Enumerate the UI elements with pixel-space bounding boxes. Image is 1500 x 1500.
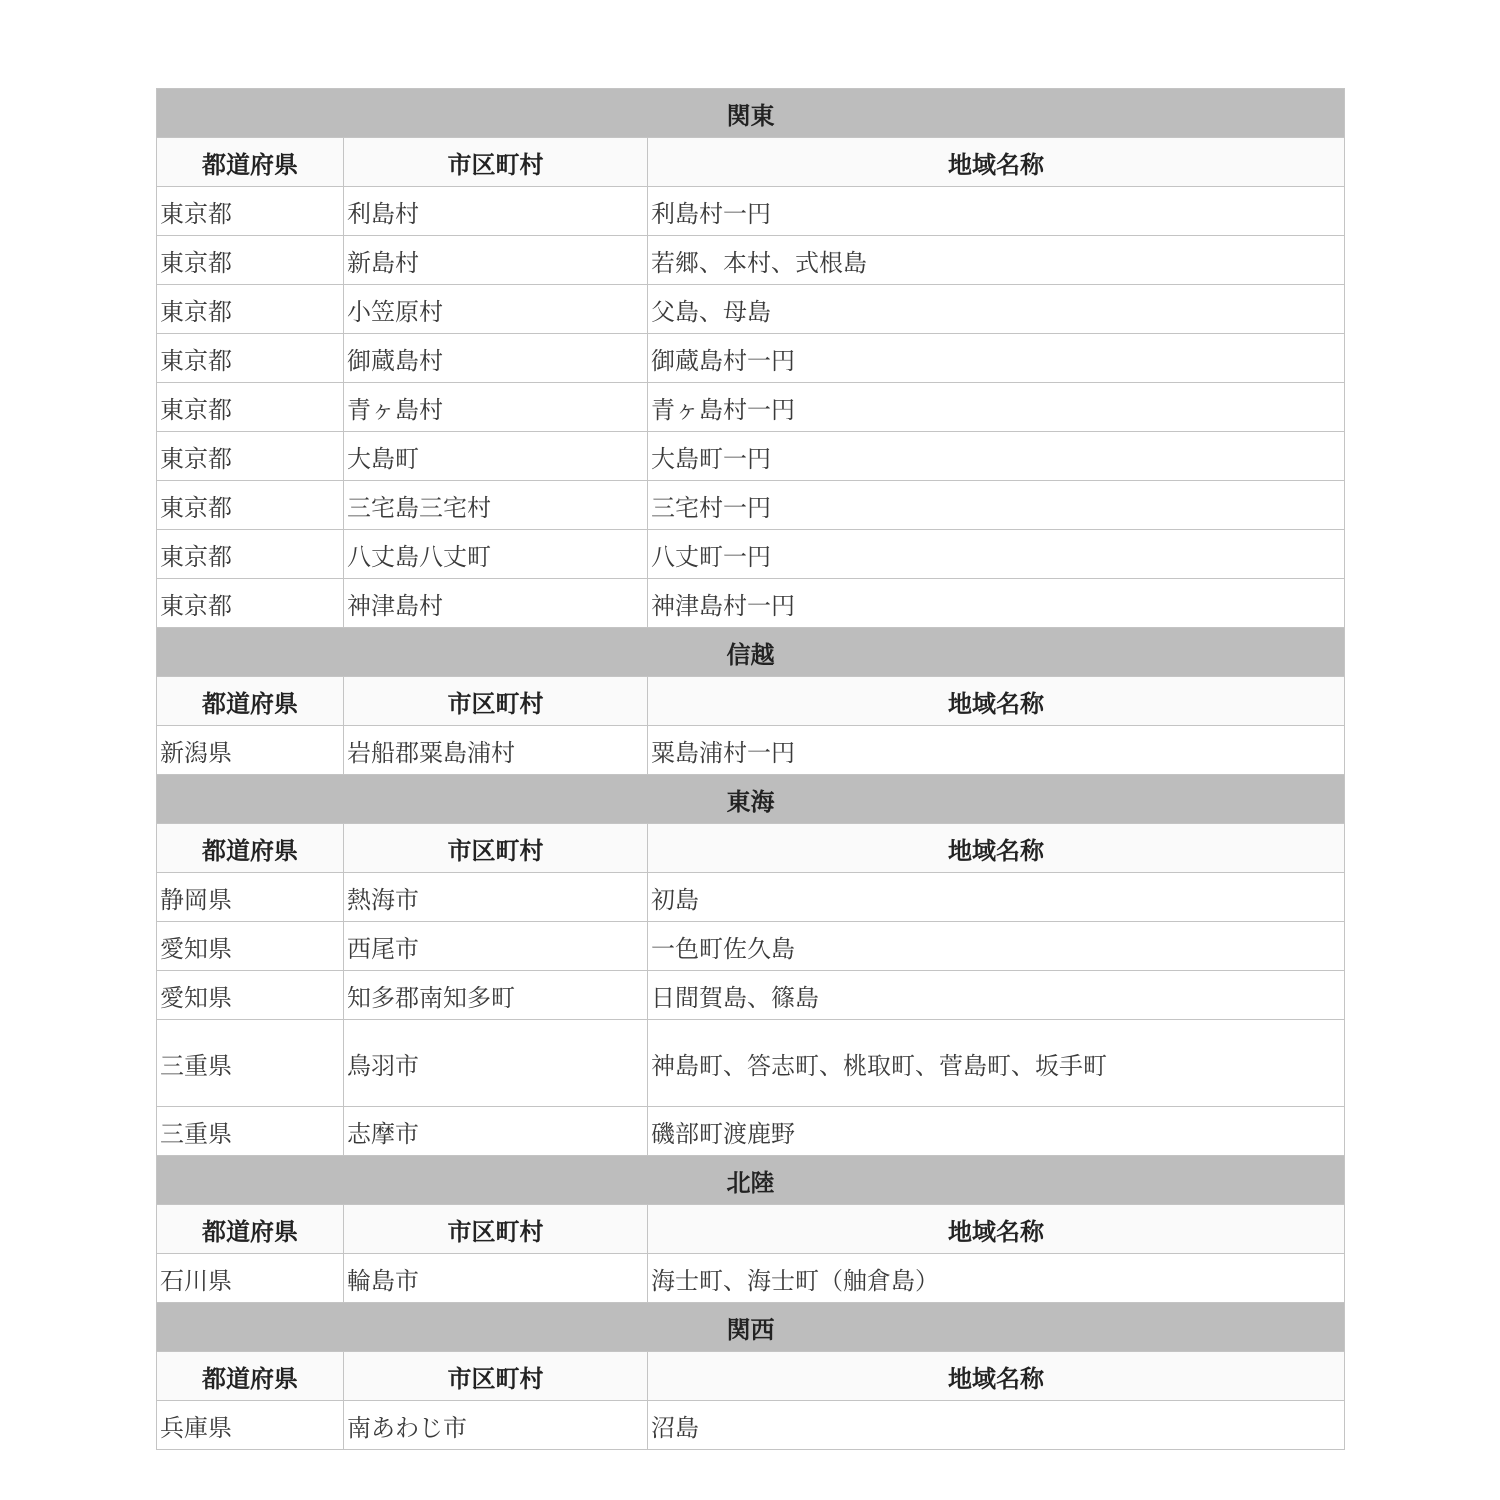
cell-area-name: 一色町佐久島 <box>648 922 1345 971</box>
region-header-row: 東海 <box>157 775 1345 824</box>
table-row: 東京都神津島村神津島村一円 <box>157 579 1345 628</box>
cell-area-name: 利島村一円 <box>648 187 1345 236</box>
cell-municipality: 三宅島三宅村 <box>344 481 648 530</box>
column-header-area-name: 地域名称 <box>648 824 1345 873</box>
column-header-prefecture: 都道府県 <box>157 1205 344 1254</box>
column-header-prefecture: 都道府県 <box>157 824 344 873</box>
cell-prefecture: 東京都 <box>157 432 344 481</box>
cell-municipality: 輪島市 <box>344 1254 648 1303</box>
cell-area-name: 沼島 <box>648 1401 1345 1450</box>
cell-prefecture: 東京都 <box>157 187 344 236</box>
table-row: 石川県輪島市海士町、海士町（舳倉島） <box>157 1254 1345 1303</box>
region-title: 関西 <box>157 1303 1345 1352</box>
table-row: 静岡県熱海市初島 <box>157 873 1345 922</box>
cell-prefecture: 三重県 <box>157 1020 344 1107</box>
cell-area-name: 父島、母島 <box>648 285 1345 334</box>
cell-municipality: 知多郡南知多町 <box>344 971 648 1020</box>
table-row: 兵庫県南あわじ市沼島 <box>157 1401 1345 1450</box>
cell-prefecture: 東京都 <box>157 285 344 334</box>
table-row: 東京都利島村利島村一円 <box>157 187 1345 236</box>
cell-municipality: 新島村 <box>344 236 648 285</box>
cell-municipality: 大島町 <box>344 432 648 481</box>
column-header-area-name: 地域名称 <box>648 138 1345 187</box>
cell-prefecture: 東京都 <box>157 383 344 432</box>
cell-prefecture: 東京都 <box>157 481 344 530</box>
cell-area-name: 青ヶ島村一円 <box>648 383 1345 432</box>
region-header-row: 信越 <box>157 628 1345 677</box>
cell-prefecture: 愛知県 <box>157 971 344 1020</box>
column-header-prefecture: 都道府県 <box>157 1352 344 1401</box>
cell-municipality: 南あわじ市 <box>344 1401 648 1450</box>
cell-municipality: 御蔵島村 <box>344 334 648 383</box>
column-header-area-name: 地域名称 <box>648 1205 1345 1254</box>
cell-prefecture: 東京都 <box>157 236 344 285</box>
region-header-row: 北陸 <box>157 1156 1345 1205</box>
region-title: 関東 <box>157 89 1345 138</box>
column-header-row: 都道府県市区町村地域名称 <box>157 824 1345 873</box>
cell-area-name: 磯部町渡鹿野 <box>648 1107 1345 1156</box>
cell-municipality: 岩船郡粟島浦村 <box>344 726 648 775</box>
cell-area-name: 粟島浦村一円 <box>648 726 1345 775</box>
region-header-row: 関東 <box>157 89 1345 138</box>
islands-area-table: 関東都道府県市区町村地域名称東京都利島村利島村一円東京都新島村若郷、本村、式根島… <box>156 88 1345 1450</box>
table-row: 東京都新島村若郷、本村、式根島 <box>157 236 1345 285</box>
table-row: 愛知県西尾市一色町佐久島 <box>157 922 1345 971</box>
cell-prefecture: 新潟県 <box>157 726 344 775</box>
cell-municipality: 八丈島八丈町 <box>344 530 648 579</box>
islands-area-table-container: 関東都道府県市区町村地域名称東京都利島村利島村一円東京都新島村若郷、本村、式根島… <box>156 88 1344 1450</box>
cell-prefecture: 愛知県 <box>157 922 344 971</box>
cell-municipality: 青ヶ島村 <box>344 383 648 432</box>
table-row: 新潟県岩船郡粟島浦村粟島浦村一円 <box>157 726 1345 775</box>
column-header-row: 都道府県市区町村地域名称 <box>157 1352 1345 1401</box>
column-header-row: 都道府県市区町村地域名称 <box>157 1205 1345 1254</box>
cell-prefecture: 静岡県 <box>157 873 344 922</box>
cell-municipality: 小笠原村 <box>344 285 648 334</box>
table-row: 三重県志摩市磯部町渡鹿野 <box>157 1107 1345 1156</box>
cell-municipality: 西尾市 <box>344 922 648 971</box>
column-header-municipality: 市区町村 <box>344 824 648 873</box>
column-header-row: 都道府県市区町村地域名称 <box>157 677 1345 726</box>
cell-prefecture: 石川県 <box>157 1254 344 1303</box>
cell-prefecture: 東京都 <box>157 530 344 579</box>
cell-prefecture: 三重県 <box>157 1107 344 1156</box>
column-header-municipality: 市区町村 <box>344 677 648 726</box>
cell-prefecture: 兵庫県 <box>157 1401 344 1450</box>
column-header-municipality: 市区町村 <box>344 1205 648 1254</box>
table-row: 三重県鳥羽市神島町、答志町、桃取町、菅島町、坂手町 <box>157 1020 1345 1107</box>
column-header-prefecture: 都道府県 <box>157 677 344 726</box>
cell-area-name: 海士町、海士町（舳倉島） <box>648 1254 1345 1303</box>
table-row: 東京都三宅島三宅村三宅村一円 <box>157 481 1345 530</box>
region-title: 北陸 <box>157 1156 1345 1205</box>
table-row: 東京都小笠原村父島、母島 <box>157 285 1345 334</box>
cell-municipality: 鳥羽市 <box>344 1020 648 1107</box>
cell-prefecture: 東京都 <box>157 334 344 383</box>
cell-area-name: 三宅村一円 <box>648 481 1345 530</box>
cell-area-name: 八丈町一円 <box>648 530 1345 579</box>
column-header-municipality: 市区町村 <box>344 1352 648 1401</box>
region-title: 東海 <box>157 775 1345 824</box>
cell-area-name: 神島町、答志町、桃取町、菅島町、坂手町 <box>648 1020 1345 1107</box>
column-header-prefecture: 都道府県 <box>157 138 344 187</box>
cell-area-name: 大島町一円 <box>648 432 1345 481</box>
cell-municipality: 熱海市 <box>344 873 648 922</box>
table-row: 東京都大島町大島町一円 <box>157 432 1345 481</box>
column-header-area-name: 地域名称 <box>648 1352 1345 1401</box>
cell-area-name: 神津島村一円 <box>648 579 1345 628</box>
cell-area-name: 日間賀島、篠島 <box>648 971 1345 1020</box>
region-header-row: 関西 <box>157 1303 1345 1352</box>
cell-prefecture: 東京都 <box>157 579 344 628</box>
column-header-area-name: 地域名称 <box>648 677 1345 726</box>
cell-municipality: 神津島村 <box>344 579 648 628</box>
table-row: 東京都青ヶ島村青ヶ島村一円 <box>157 383 1345 432</box>
cell-area-name: 初島 <box>648 873 1345 922</box>
region-title: 信越 <box>157 628 1345 677</box>
cell-municipality: 志摩市 <box>344 1107 648 1156</box>
cell-area-name: 御蔵島村一円 <box>648 334 1345 383</box>
cell-municipality: 利島村 <box>344 187 648 236</box>
table-row: 東京都八丈島八丈町八丈町一円 <box>157 530 1345 579</box>
column-header-municipality: 市区町村 <box>344 138 648 187</box>
column-header-row: 都道府県市区町村地域名称 <box>157 138 1345 187</box>
table-row: 東京都御蔵島村御蔵島村一円 <box>157 334 1345 383</box>
cell-area-name: 若郷、本村、式根島 <box>648 236 1345 285</box>
table-row: 愛知県知多郡南知多町日間賀島、篠島 <box>157 971 1345 1020</box>
